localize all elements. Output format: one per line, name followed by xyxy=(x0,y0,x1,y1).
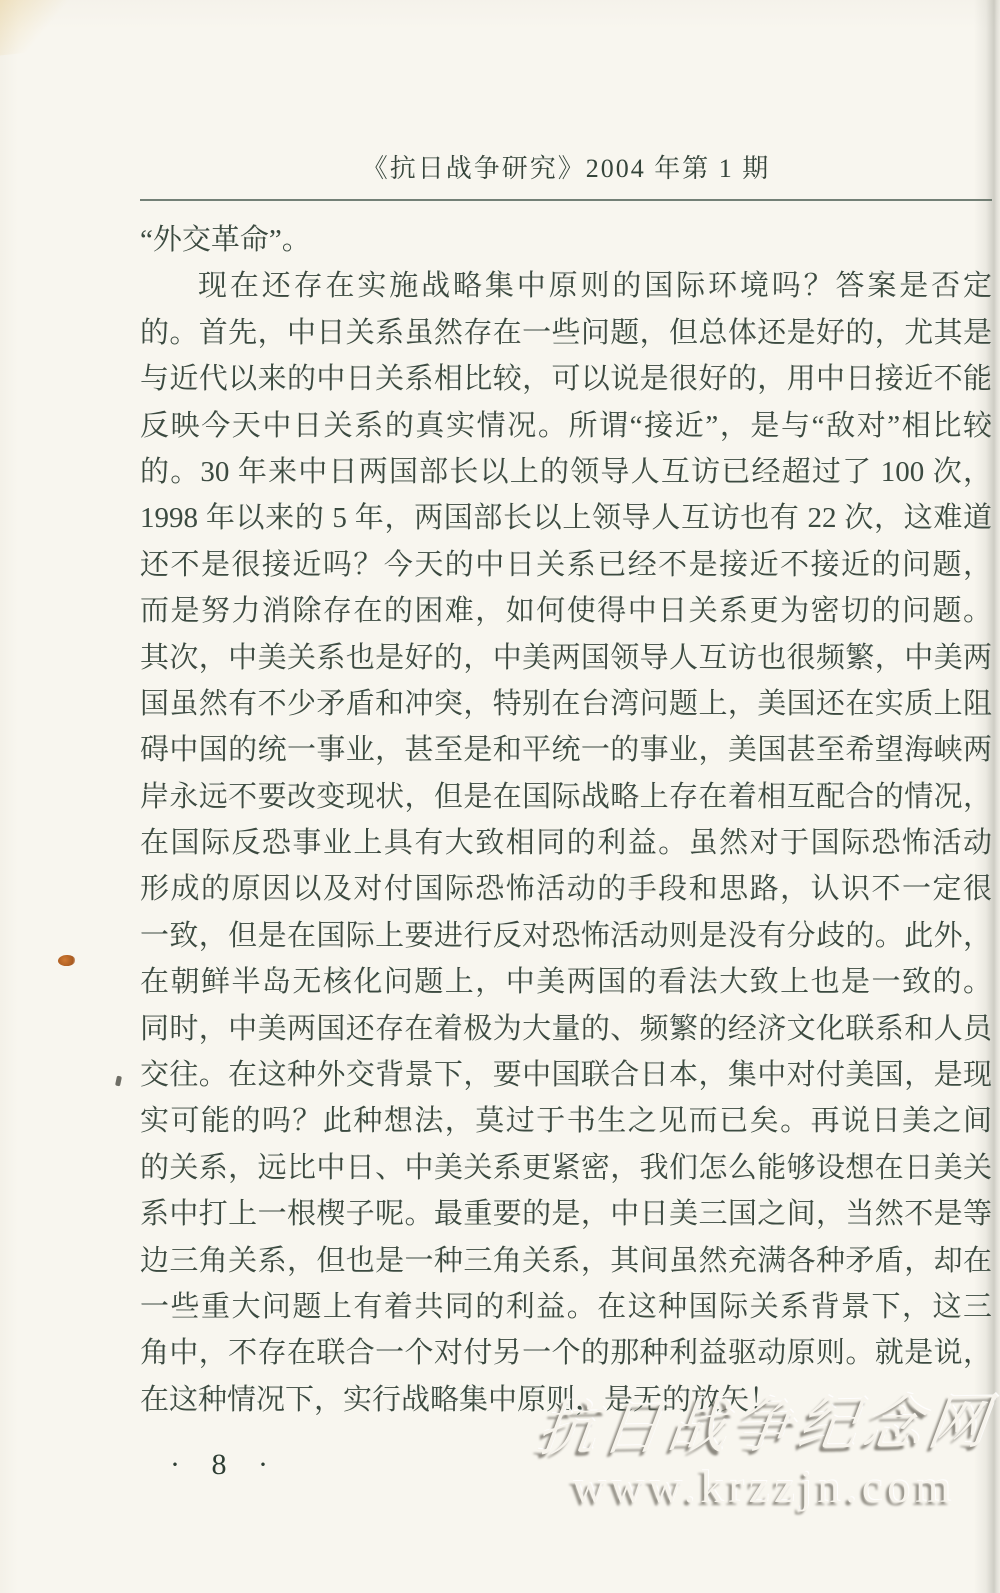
article-body: “外交革命”。 现在还存在实施战略集中原则的国际环境吗？答案是否定 的。首先，中… xyxy=(140,217,992,1423)
text-line: 边三角关系，但也是一种三角关系，其间虽然充满各种矛盾，却在 xyxy=(140,1238,992,1284)
text-line: 碍中国的统一事业，甚至是和平统一的事业，美国甚至希望海峡两 xyxy=(140,727,992,773)
text-line: 一致，但是在国际上要进行反对恐怖活动则是没有分歧的。此外， xyxy=(140,913,992,959)
header-divider-line xyxy=(140,199,992,201)
scan-corner-stain xyxy=(0,0,100,59)
text-line: 国虽然有不少矛盾和冲突，特别在台湾问题上，美国还在实质上阻 xyxy=(140,681,992,727)
text-line: 在国际反恐事业上具有大致相同的利益。虽然对于国际恐怖活动 xyxy=(140,820,992,866)
page-number: · 8 · xyxy=(170,1448,280,1482)
text-line: 同时，中美两国还存在着极为大量的、频繁的经济文化联系和人员 xyxy=(140,1006,992,1052)
running-header: 《抗日战争研究》2004 年第 1 期 xyxy=(140,148,992,185)
text-line: 在朝鲜半岛无核化问题上，中美两国的看法大致上也是一致的。 xyxy=(140,959,992,1005)
text-line: 其次，中美关系也是好的，中美两国领导人互访也很频繁，中美两 xyxy=(140,635,992,681)
margin-fleck-dark xyxy=(115,1076,122,1087)
text-line: “外交革命”。 xyxy=(140,217,992,263)
text-line: 交往。在这种外交背景下，要中国联合日本，集中对付美国，是现 xyxy=(140,1052,992,1098)
text-line: 而是努力消除存在的困难，如何使得中日关系更为密切的问题。 xyxy=(140,588,992,634)
text-line: 岸永远不要改变现状，但是在国际战略上存在着相互配合的情况， xyxy=(140,774,992,820)
text-line: 一些重大问题上有着共同的利益。在这种国际关系背景下，这三 xyxy=(140,1284,992,1330)
watermark-site-url: www.krzzjn.com xyxy=(538,1460,990,1513)
text-line: 反映今天中日关系的真实情况。所谓“接近”，是与“敌对”相比较 xyxy=(140,403,992,449)
text-line: 现在还存在实施战略集中原则的国际环境吗？答案是否定 xyxy=(140,263,992,309)
margin-stain-orange xyxy=(58,955,75,966)
text-line: 系中打上一根楔子呢。最重要的是，中日美三国之间，当然不是等 xyxy=(140,1191,992,1237)
text-line: 的。首先，中日关系虽然存在一些问题，但总体还是好的，尤其是 xyxy=(140,310,992,356)
scanned-journal-page: 《抗日战争研究》2004 年第 1 期 “外交革命”。 现在还存在实施战略集中原… xyxy=(0,0,1000,1593)
text-line: 在这种情况下，实行战略集中原则，是无的放矢！ xyxy=(140,1377,992,1423)
text-line: 的。30 年来中日两国部长以上的领导人互访已经超过了 100 次， xyxy=(140,449,992,495)
journal-title: 《抗日战争研究》2004 年第 1 期 xyxy=(362,154,771,183)
text-line: 与近代以来的中日关系相比较，可以说是很好的，用中日接近不能 xyxy=(140,356,992,402)
text-line: 实可能的吗？此种想法，莫过于书生之见而已矣。再说日美之间 xyxy=(140,1098,992,1144)
text-line: 形成的原因以及对付国际恐怖活动的手段和思路，认识不一定很 xyxy=(140,866,992,912)
text-line: 1998 年以来的 5 年，两国部长以上领导人互访也有 22 次，这难道 xyxy=(140,495,992,541)
text-line: 角中，不存在联合一个对付另一个的那种利益驱动原则。就是说， xyxy=(140,1330,992,1376)
text-line: 的关系，远比中日、中美关系更紧密，我们怎么能够设想在日美关 xyxy=(140,1145,992,1191)
text-line: 还不是很接近吗？今天的中日关系已经不是接近不接近的问题， xyxy=(140,542,992,588)
